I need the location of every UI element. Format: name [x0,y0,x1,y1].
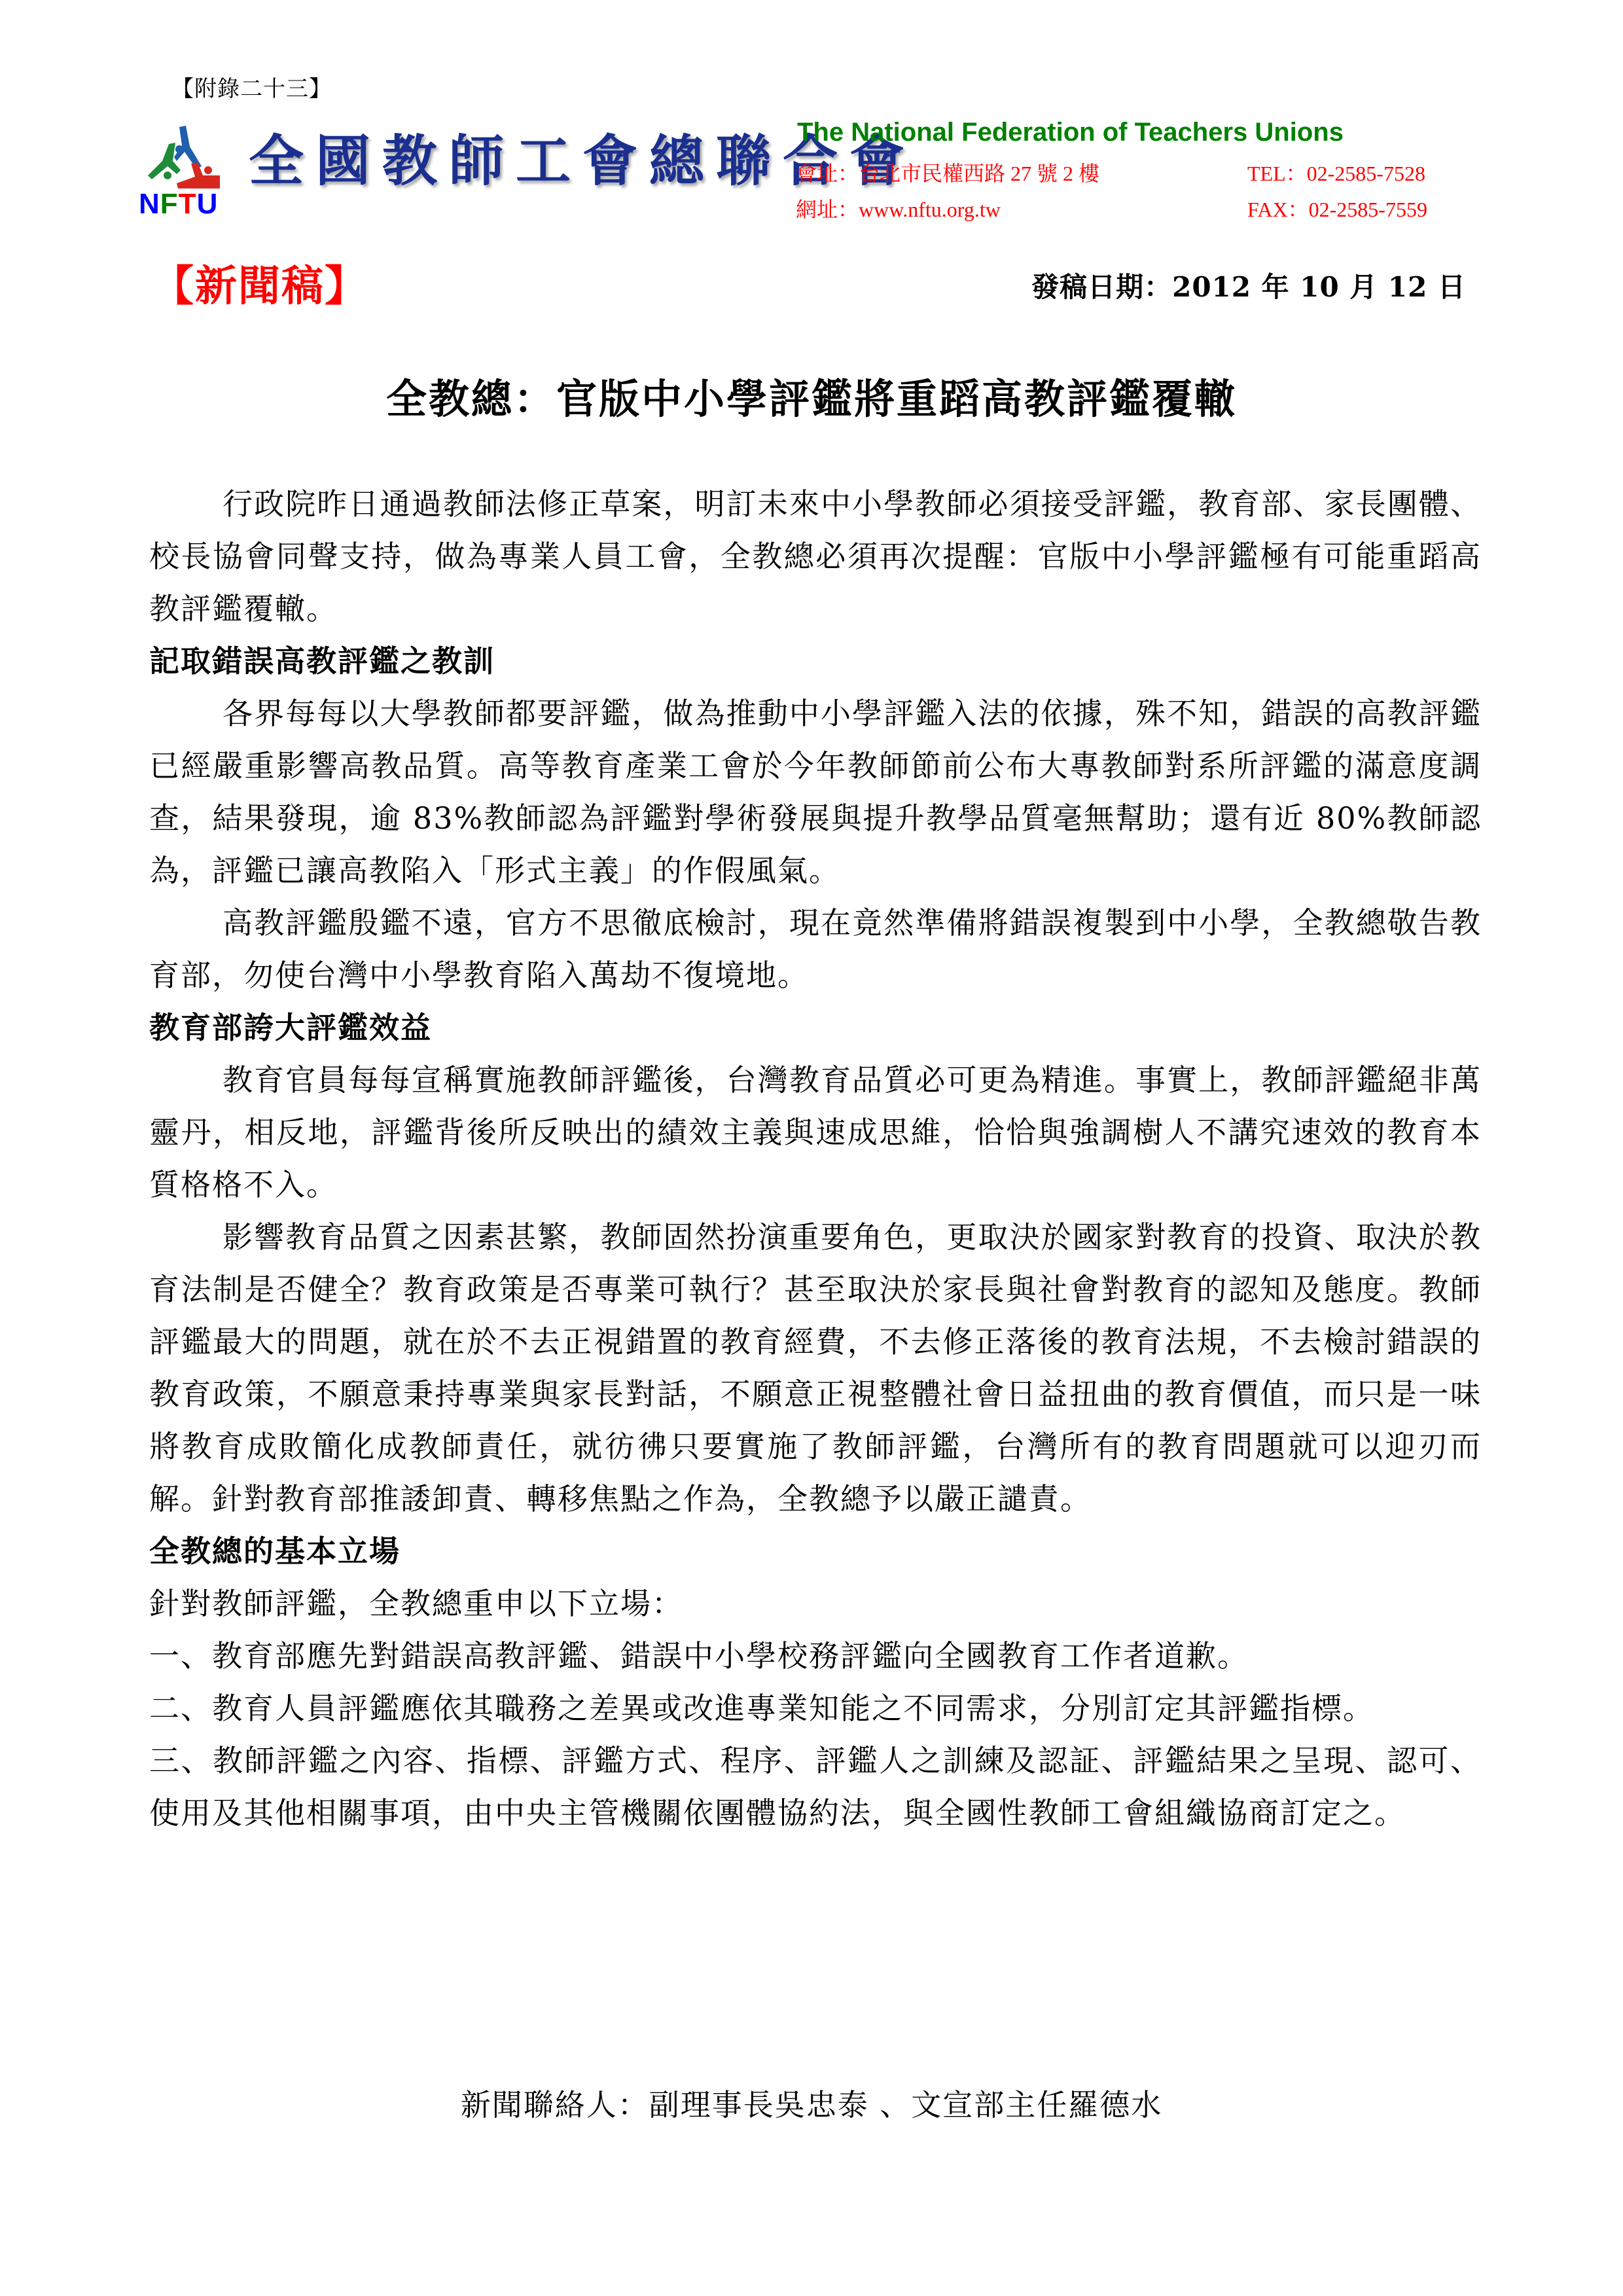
position-point: 二、教育人員評鑑應依其職務之差異或改進專業知能之不同需求，分別訂定其評鑑指標。 [149,1682,1482,1734]
press-release-label: 【新聞稿】 [152,253,368,313]
paragraph: 影響教育品質之因素甚繁，教師固然扮演重要角色，更取決於國家對教育的投資、取決於教… [149,1211,1482,1525]
paragraph: 各界每每以大學教師都要評鑑，做為推動中小學評鑑入法的依據，殊不知，錯誤的高教評鑑… [149,687,1482,897]
org-name-en: The National Federation of Teachers Unio… [797,118,1344,147]
nftu-logo-icon [139,120,230,192]
paragraph: 高教評鑑殷鑑不遠，官方不思徹底檢討，現在竟然準備將錯誤複製到中小學，全教總敬告教… [149,897,1482,1001]
intro-paragraph: 行政院昨日通過教師法修正草案，明訂未來中小學教師必須接受評鑑，教育部、家長團體、… [149,478,1482,635]
headline: 全教總：官版中小學評鑑將重蹈高教評鑑覆轍 [0,367,1623,425]
appendix-label: 【附錄二十三】 [171,71,332,103]
acronym-letter-n: N [139,188,160,220]
position-lead: 針對教師評鑑，全教總重申以下立場： [149,1577,1482,1630]
nftu-acronym: NFTU [139,190,218,219]
article-body: 行政院昨日通過教師法修正草案，明訂未來中小學教師必須接受評鑑，教育部、家長團體、… [149,478,1482,1839]
acronym-letter-t: T [179,188,197,220]
section-heading: 教育部誇大評鑑效益 [149,1001,1482,1054]
position-point: 三、教師評鑑之內容、指標、評鑑方式、程序、評鑑人之訓練及認証、評鑑結果之呈現、認… [149,1734,1482,1839]
section-heading: 記取錯誤高教評鑑之教訓 [149,635,1482,687]
contact-row-web: 網址：www.nftu.org.tw FAX：02-2585-7559 [796,193,1001,223]
address: 會址：台北市民權西路 27 號 2 樓 [796,162,1099,185]
position-point: 一、教育部應先對錯誤高教評鑑、錯誤中小學校務評鑑向全國教育工作者道歉。 [149,1630,1482,1682]
telephone: TEL：02-2585-7528 [1247,157,1425,187]
section-heading: 全教總的基本立場 [149,1525,1482,1577]
press-contact: 新聞聯絡人：副理事長吳忠泰 、文宣部主任羅德水 [0,2081,1623,2125]
acronym-letter-f: F [160,188,179,220]
website-link[interactable]: 網址：www.nftu.org.tw [796,198,1001,221]
fax: FAX：02-2585-7559 [1247,193,1427,223]
paragraph: 教育官員每每宣稱實施教師評鑑後，台灣教育品質必可更為精進。事實上，教師評鑑絕非萬… [149,1054,1482,1211]
release-date: 發稿日期：2012 年 10 月 12 日 [1031,266,1466,305]
contact-row-address: 會址：台北市民權西路 27 號 2 樓 TEL：02-2585-7528 [796,157,1099,187]
acronym-letter-u: U [197,188,219,220]
